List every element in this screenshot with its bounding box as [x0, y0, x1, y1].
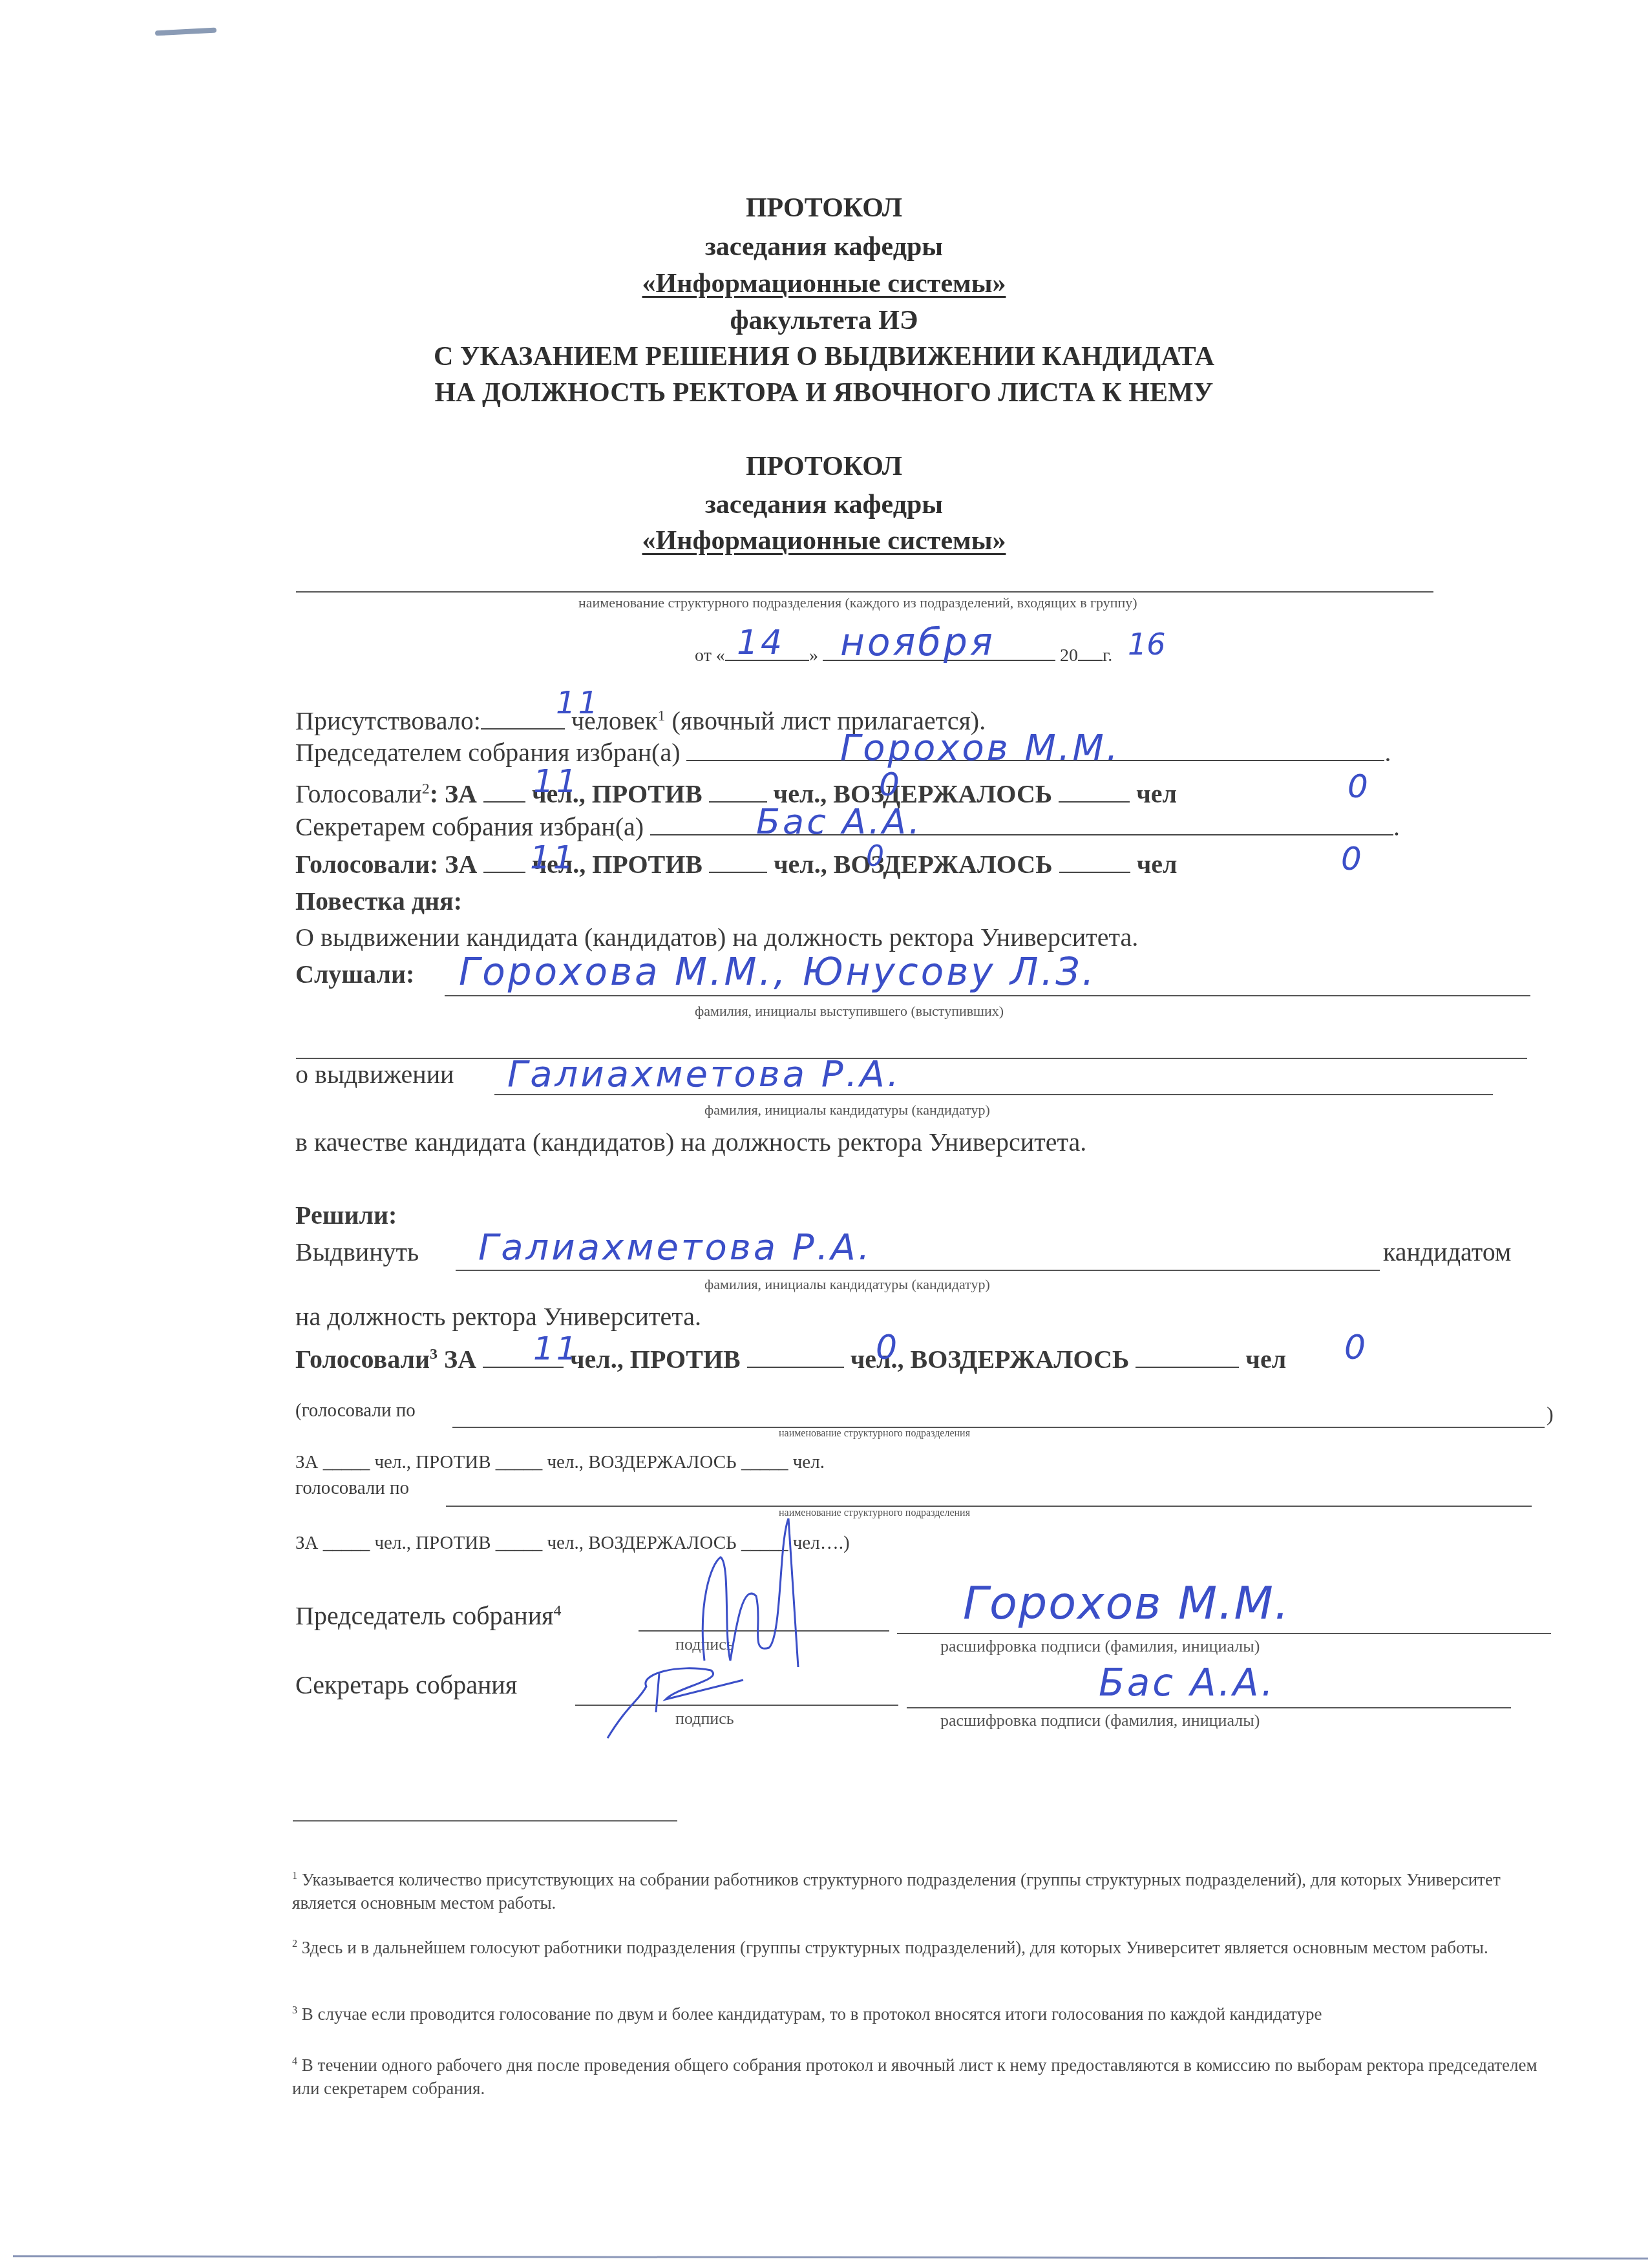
unit-name-line: [296, 591, 1433, 593]
footnote-2-number: 2: [292, 1938, 297, 1949]
vote1-row: Голосовали2: ЗА чел., ПРОТИВ чел., ВОЗДЕ…: [295, 774, 1177, 809]
footnote-1-number: 1: [292, 1870, 297, 1882]
vote1-unit: чел: [1136, 779, 1177, 808]
vote1-vozd-field[interactable]: [1059, 778, 1130, 803]
faculty-name: факультета ИЭ: [0, 305, 1648, 336]
protocol-title: ПРОТОКОЛ: [0, 193, 1648, 224]
vote1-protiv-value: 0: [879, 766, 902, 803]
footnote-ref-2: 2: [422, 781, 430, 797]
vote1-za-value: 11: [533, 762, 580, 800]
vote3-za-label: ЗА: [438, 1345, 476, 1374]
date-year-value: 16: [1128, 627, 1166, 662]
scan-artifact: [155, 28, 217, 36]
vote3-za-value: 11: [533, 1330, 580, 1367]
secretary-decode-field[interactable]: [907, 1707, 1511, 1708]
secretary-sign-label: Секретарь собрания: [295, 1670, 517, 1700]
footnote-4-text: В течении одного рабочего дня после пров…: [292, 2055, 1537, 2098]
decision-value: Галиахметова Р.А.: [478, 1226, 872, 1268]
footnote-separator: [293, 1820, 677, 1822]
vote1-label: Голосовали: [295, 779, 422, 808]
vote3-label: Голосовали: [295, 1345, 430, 1374]
vote3-protiv-label: чел., ПРОТИВ: [570, 1345, 741, 1374]
chair-election-label: Председателем собрания избран(а): [295, 738, 680, 767]
vote1-vozd-value: 0: [1347, 768, 1371, 805]
group-vote-unit-field-2[interactable]: [446, 1506, 1532, 1507]
footnote-1-text: Указывается количество присутствующих на…: [292, 1870, 1501, 1913]
date-year-prefix: 20: [1060, 646, 1078, 666]
department-name-2-wrap: «Информационные системы»: [0, 525, 1648, 556]
scan-edge: [13, 2255, 1648, 2260]
vote2-za-value: 11: [530, 839, 576, 876]
group-vote-unit-caption-1: наименование структурного подразделения: [779, 1428, 970, 1440]
meeting-subtitle: заседания кафедры: [0, 231, 1648, 262]
heard-field[interactable]: [445, 995, 1530, 996]
footnote-2: 2 Здесь и в дальнейшем голосуют работник…: [292, 1932, 1552, 1959]
footnote-1: 1 Указывается количество присутствующих …: [292, 1864, 1552, 1915]
attendance-field[interactable]: [481, 705, 565, 730]
date-month-value: ноября: [840, 620, 995, 664]
chair-election-value: Горохов М.М.: [840, 727, 1121, 769]
secretary-decode-caption: расшифровка подписи (фамилия, инициалы): [940, 1711, 1260, 1730]
footnote-2-text: Здесь и в дальнейшем голосуют работники …: [297, 1938, 1488, 1957]
vote3-protiv-field[interactable]: [747, 1343, 844, 1368]
vote2-protiv-field[interactable]: [709, 848, 767, 873]
vote3-protiv-value: 0: [876, 1328, 900, 1367]
protocol-title-2: ПРОТОКОЛ: [0, 451, 1648, 482]
vote2-row: Голосовали: ЗА чел., ПРОТИВ чел., ВОЗДЕР…: [295, 848, 1177, 879]
footnote-ref-4: 4: [554, 1602, 562, 1619]
footnote-4: 4 В течении одного рабочего дня после пр…: [292, 2050, 1552, 2100]
vote2-vozd-value: 0: [1341, 840, 1364, 877]
heard-label: Слушали:: [295, 960, 414, 989]
date-suffix: г.: [1103, 646, 1112, 666]
vote3-row: Голосовали3 ЗА чел., ПРОТИВ чел., ВОЗДЕР…: [295, 1339, 1286, 1374]
secretary-election-label: Секретарем собрания избран(а): [295, 812, 644, 841]
department-name-2: «Информационные системы»: [642, 526, 1006, 556]
vote2-za-field[interactable]: [483, 848, 525, 873]
chair-signature: [685, 1506, 814, 1674]
chair-sign-label: Председатель собрания: [295, 1601, 554, 1630]
footnote-3-text: В случае если проводится голосование по …: [297, 2004, 1322, 2024]
unit-name-caption: наименование структурного подразделения …: [578, 594, 1137, 611]
decision-field[interactable]: [456, 1270, 1380, 1271]
footnote-3: 3 В случае если проводится голосование п…: [292, 1999, 1552, 2026]
footnote-3-number: 3: [292, 2004, 297, 2016]
chair-decode-field[interactable]: [897, 1633, 1551, 1634]
meeting-subtitle-2: заседания кафедры: [0, 489, 1648, 520]
date-prefix: от «: [695, 646, 725, 666]
chair-decode-caption: расшифровка подписи (фамилия, инициалы): [940, 1637, 1260, 1656]
vote1-protiv-field[interactable]: [709, 778, 767, 803]
decision-suffix: кандидатом: [1383, 1237, 1511, 1267]
chair-name-value: Горохов М.М.: [963, 1577, 1290, 1630]
nomination-label: о выдвижении: [295, 1060, 454, 1089]
vote1-za-label: : ЗА: [430, 779, 477, 808]
agenda-label: Повестка дня:: [295, 887, 462, 916]
department-name: «Информационные системы»: [642, 269, 1006, 299]
secretary-election-value: Бас А.А.: [756, 801, 922, 842]
group-vote-by-label-1: (голосовали по: [295, 1396, 416, 1425]
vote2-vozd-label: чел., ВОЗДЕРЖАЛОСЬ: [774, 850, 1053, 879]
group-vote-by-label-2: голосовали по: [295, 1473, 409, 1503]
decision-caption: фамилия, инициалы кандидатуры (кандидату…: [704, 1276, 990, 1293]
vote3-vozd-value: 0: [1344, 1328, 1368, 1367]
footnote-ref-3: 3: [430, 1346, 438, 1363]
vote2-vozd-field[interactable]: [1059, 848, 1130, 873]
vote2-protiv-value: 0: [866, 840, 887, 873]
attendance-value: 11: [556, 685, 600, 721]
date-year-field[interactable]: [1078, 636, 1103, 661]
nomination-text: в качестве кандидата (кандидатов) на дол…: [295, 1128, 1086, 1157]
vote2-unit: чел: [1137, 850, 1178, 879]
chair-sign-row: Председатель собрания4: [295, 1596, 562, 1631]
heading-line-1: С УКАЗАНИЕМ РЕШЕНИЯ О ВЫДВИЖЕНИИ КАНДИДА…: [0, 341, 1648, 372]
heard-extra-line[interactable]: [296, 1058, 1527, 1059]
group-vote-close-paren: ): [1547, 1399, 1554, 1429]
heading-line-2: НА ДОЛЖНОСТЬ РЕКТОРА И ЯВОЧНОГО ЛИСТА К …: [0, 377, 1648, 408]
vote2-label: Голосовали: ЗА: [295, 850, 477, 879]
group-vote-unit-field-1[interactable]: [452, 1427, 1545, 1428]
department-name-wrap: «Информационные системы»: [0, 268, 1648, 299]
decision-text: на должность ректора Университета.: [295, 1302, 701, 1332]
heard-caption: фамилия, инициалы выступившего (выступив…: [695, 1003, 1004, 1020]
nomination-value: Галиахметова Р.А.: [507, 1053, 902, 1095]
footnote-4-number: 4: [292, 2055, 297, 2067]
vote1-za-field[interactable]: [483, 778, 525, 803]
agenda-text: О выдвижении кандидата (кандидатов) на д…: [295, 923, 1138, 952]
date-day-value: 14: [737, 624, 785, 662]
vote3-vozd-field[interactable]: [1136, 1343, 1239, 1368]
footnote-ref-1: 1: [658, 708, 666, 724]
date-mid: »: [809, 646, 818, 666]
secretary-name-value: Бас А.А.: [1099, 1661, 1276, 1705]
attendance-label: Присутствовало:: [295, 706, 481, 735]
heard-value: Горохова М.М., Юнусову Л.З.: [459, 950, 1097, 994]
nomination-caption: фамилия, инициалы кандидатуры (кандидату…: [704, 1102, 990, 1118]
vote3-unit: чел: [1245, 1345, 1286, 1374]
secretary-signature: [601, 1661, 769, 1745]
decision-nominate-label: Выдвинуть: [295, 1237, 419, 1267]
decision-label: Решили:: [295, 1201, 397, 1230]
